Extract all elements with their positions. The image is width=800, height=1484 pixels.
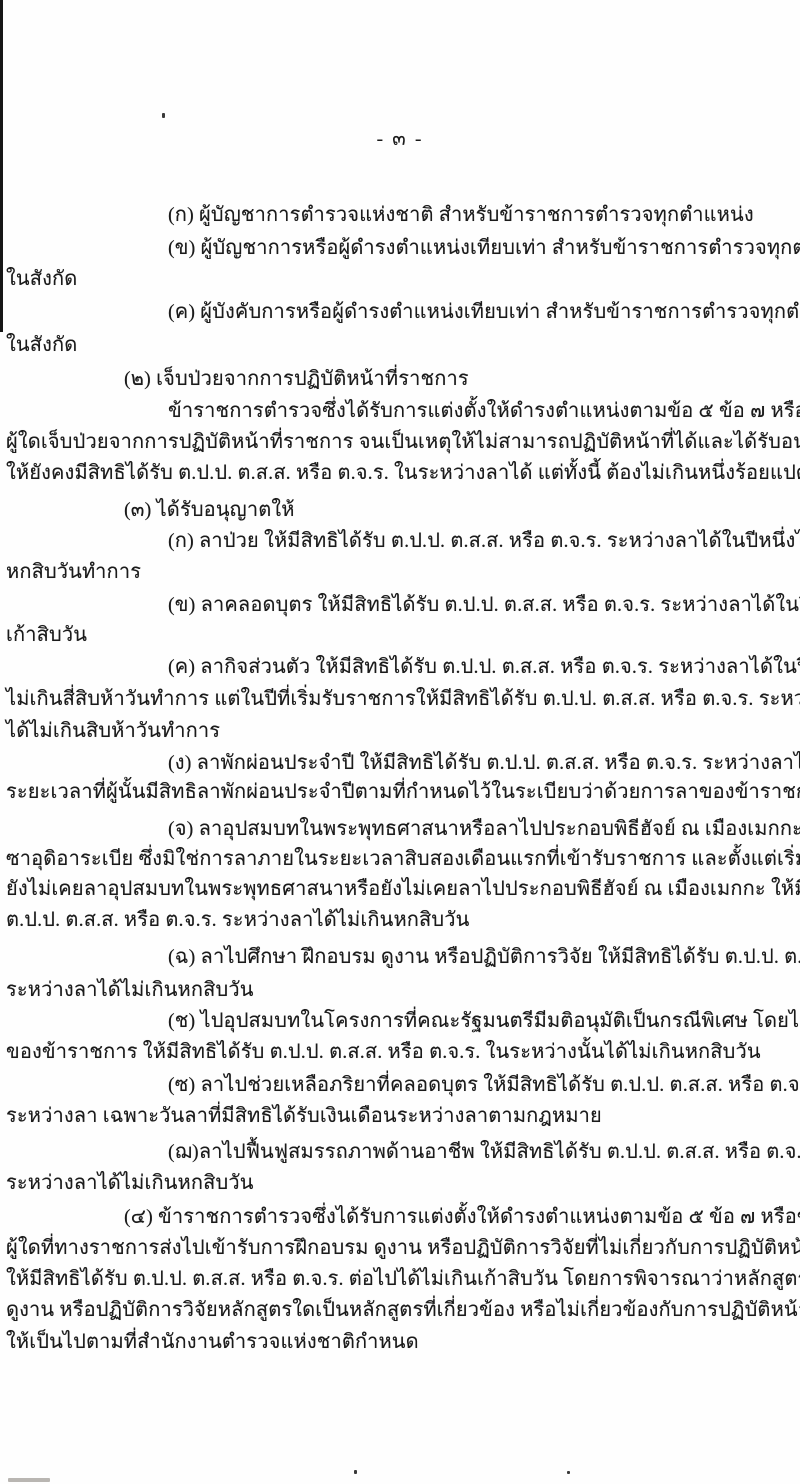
- scan-smudge: [8, 1478, 50, 1482]
- text-line: ให้ยังคงมีสิทธิได้รับ ต.ป.ป. ต.ส.ส. หรือ…: [6, 460, 800, 486]
- page-number: - ๓ -: [0, 122, 800, 154]
- text-line: ผู้ใดที่ทางราชการส่งไปเข้ารับการฝึกอบรม …: [6, 1235, 800, 1261]
- text-line: (ข) ลาคลอดบุตร ให้มีสิทธิได้รับ ต.ป.ป. ต…: [168, 592, 800, 618]
- scan-speck: [162, 113, 165, 118]
- text-line: ระหว่างลา เฉพาะวันลาที่มีสิทธิได้รับเงิน…: [6, 1103, 602, 1129]
- text-line: (๔) ข้าราชการตำรวจซึ่งได้รับการแต่งตั้งใ…: [124, 1204, 800, 1230]
- text-line: (ช) ไปอุปสมบทในโครงการที่คณะรัฐมนตรีมีมต…: [168, 1008, 800, 1034]
- text-line: ต.ป.ป. ต.ส.ส. หรือ ต.จ.ร. ระหว่างลาได้ไม…: [6, 907, 469, 933]
- text-line: (ค) ลากิจส่วนตัว ให้มีสิทธิได้รับ ต.ป.ป.…: [168, 654, 800, 680]
- text-line: (๓) ได้รับอนุญาตให้: [124, 497, 295, 523]
- scan-edge-artifact: [0, 0, 3, 332]
- text-line: ไม่เกินสี่สิบห้าวันทำการ แต่ในปีที่เริ่ม…: [6, 686, 800, 712]
- scan-speck: [567, 1471, 570, 1474]
- text-line: (ซ) ลาไปช่วยเหลือภริยาที่คลอดบุตร ให้มีส…: [168, 1072, 800, 1098]
- text-line: ได้ไม่เกินสิบห้าวันทำการ: [6, 718, 220, 744]
- text-line: เก้าสิบวัน: [6, 622, 87, 648]
- text-line: ซาอุดิอาระเบีย ซึ่งมิใช่การลาภายในระยะเว…: [6, 846, 800, 872]
- text-line: ระยะเวลาที่ผู้นั้นมีสิทธิลาพักผ่อนประจำป…: [6, 779, 800, 805]
- text-line: (๒) เจ็บป่วยจากการปฏิบัติหน้าที่ราชการ: [124, 366, 469, 392]
- text-line: (ค) ผู้บังคับการหรือผู้ดำรงตำแหน่งเทียบเ…: [168, 299, 800, 325]
- text-line: (จ) ลาอุปสมบทในพระพุทธศาสนาหรือลาไปประกอ…: [168, 816, 800, 842]
- text-line: (ฉ) ลาไปศึกษา ฝึกอบรม ดูงาน หรือปฏิบัติก…: [168, 944, 800, 970]
- text-line: ในสังกัด: [6, 266, 77, 292]
- text-line: (ก) ลาป่วย ให้มีสิทธิได้รับ ต.ป.ป. ต.ส.ส…: [168, 528, 800, 554]
- text-line: หกสิบวันทำการ: [6, 559, 141, 585]
- text-line: (ข) ผู้บัญชาการหรือผู้ดำรงตำแหน่งเทียบเท…: [168, 235, 800, 261]
- text-line: ระหว่างลาได้ไม่เกินหกสิบวัน: [6, 1170, 254, 1196]
- scan-speck: [354, 1470, 357, 1474]
- text-line: ระหว่างลาได้ไม่เกินหกสิบวัน: [6, 977, 254, 1003]
- text-line: (ง) ลาพักผ่อนประจำปี ให้มีสิทธิได้รับ ต.…: [168, 750, 800, 776]
- text-line: ดูงาน หรือปฏิบัติการวิจัยหลักสูตรใดเป็นห…: [6, 1297, 800, 1323]
- text-line: ในสังกัด: [6, 332, 77, 358]
- text-line: ให้เป็นไปตามที่สำนักงานตำรวจแห่งชาติกำหน…: [6, 1329, 419, 1355]
- text-line: ผู้ใดเจ็บป่วยจากการปฏิบัติหน้าที่ราชการ …: [6, 429, 800, 455]
- text-line: ให้มีสิทธิได้รับ ต.ป.ป. ต.ส.ส. หรือ ต.จ.…: [6, 1266, 800, 1292]
- text-line: ยังไม่เคยลาอุปสมบทในพระพุทธศาสนาหรือยังไ…: [6, 876, 800, 902]
- scanned-document-page: - ๓ - (ก) ผู้บัญชาการตำรวจแห่งชาติ สำหรั…: [0, 0, 800, 1484]
- text-line: ข้าราชการตำรวจซึ่งได้รับการแต่งตั้งให้ดำ…: [168, 398, 800, 424]
- text-line: ของข้าราชการ ให้มีสิทธิได้รับ ต.ป.ป. ต.ส…: [6, 1039, 761, 1065]
- text-line: (ก) ผู้บัญชาการตำรวจแห่งชาติ สำหรับข้ารา…: [168, 202, 754, 228]
- text-line: (ฌ)ลาไปฟื้นฟูสมรรถภาพด้านอาชีพ ให้มีสิทธ…: [168, 1139, 800, 1165]
